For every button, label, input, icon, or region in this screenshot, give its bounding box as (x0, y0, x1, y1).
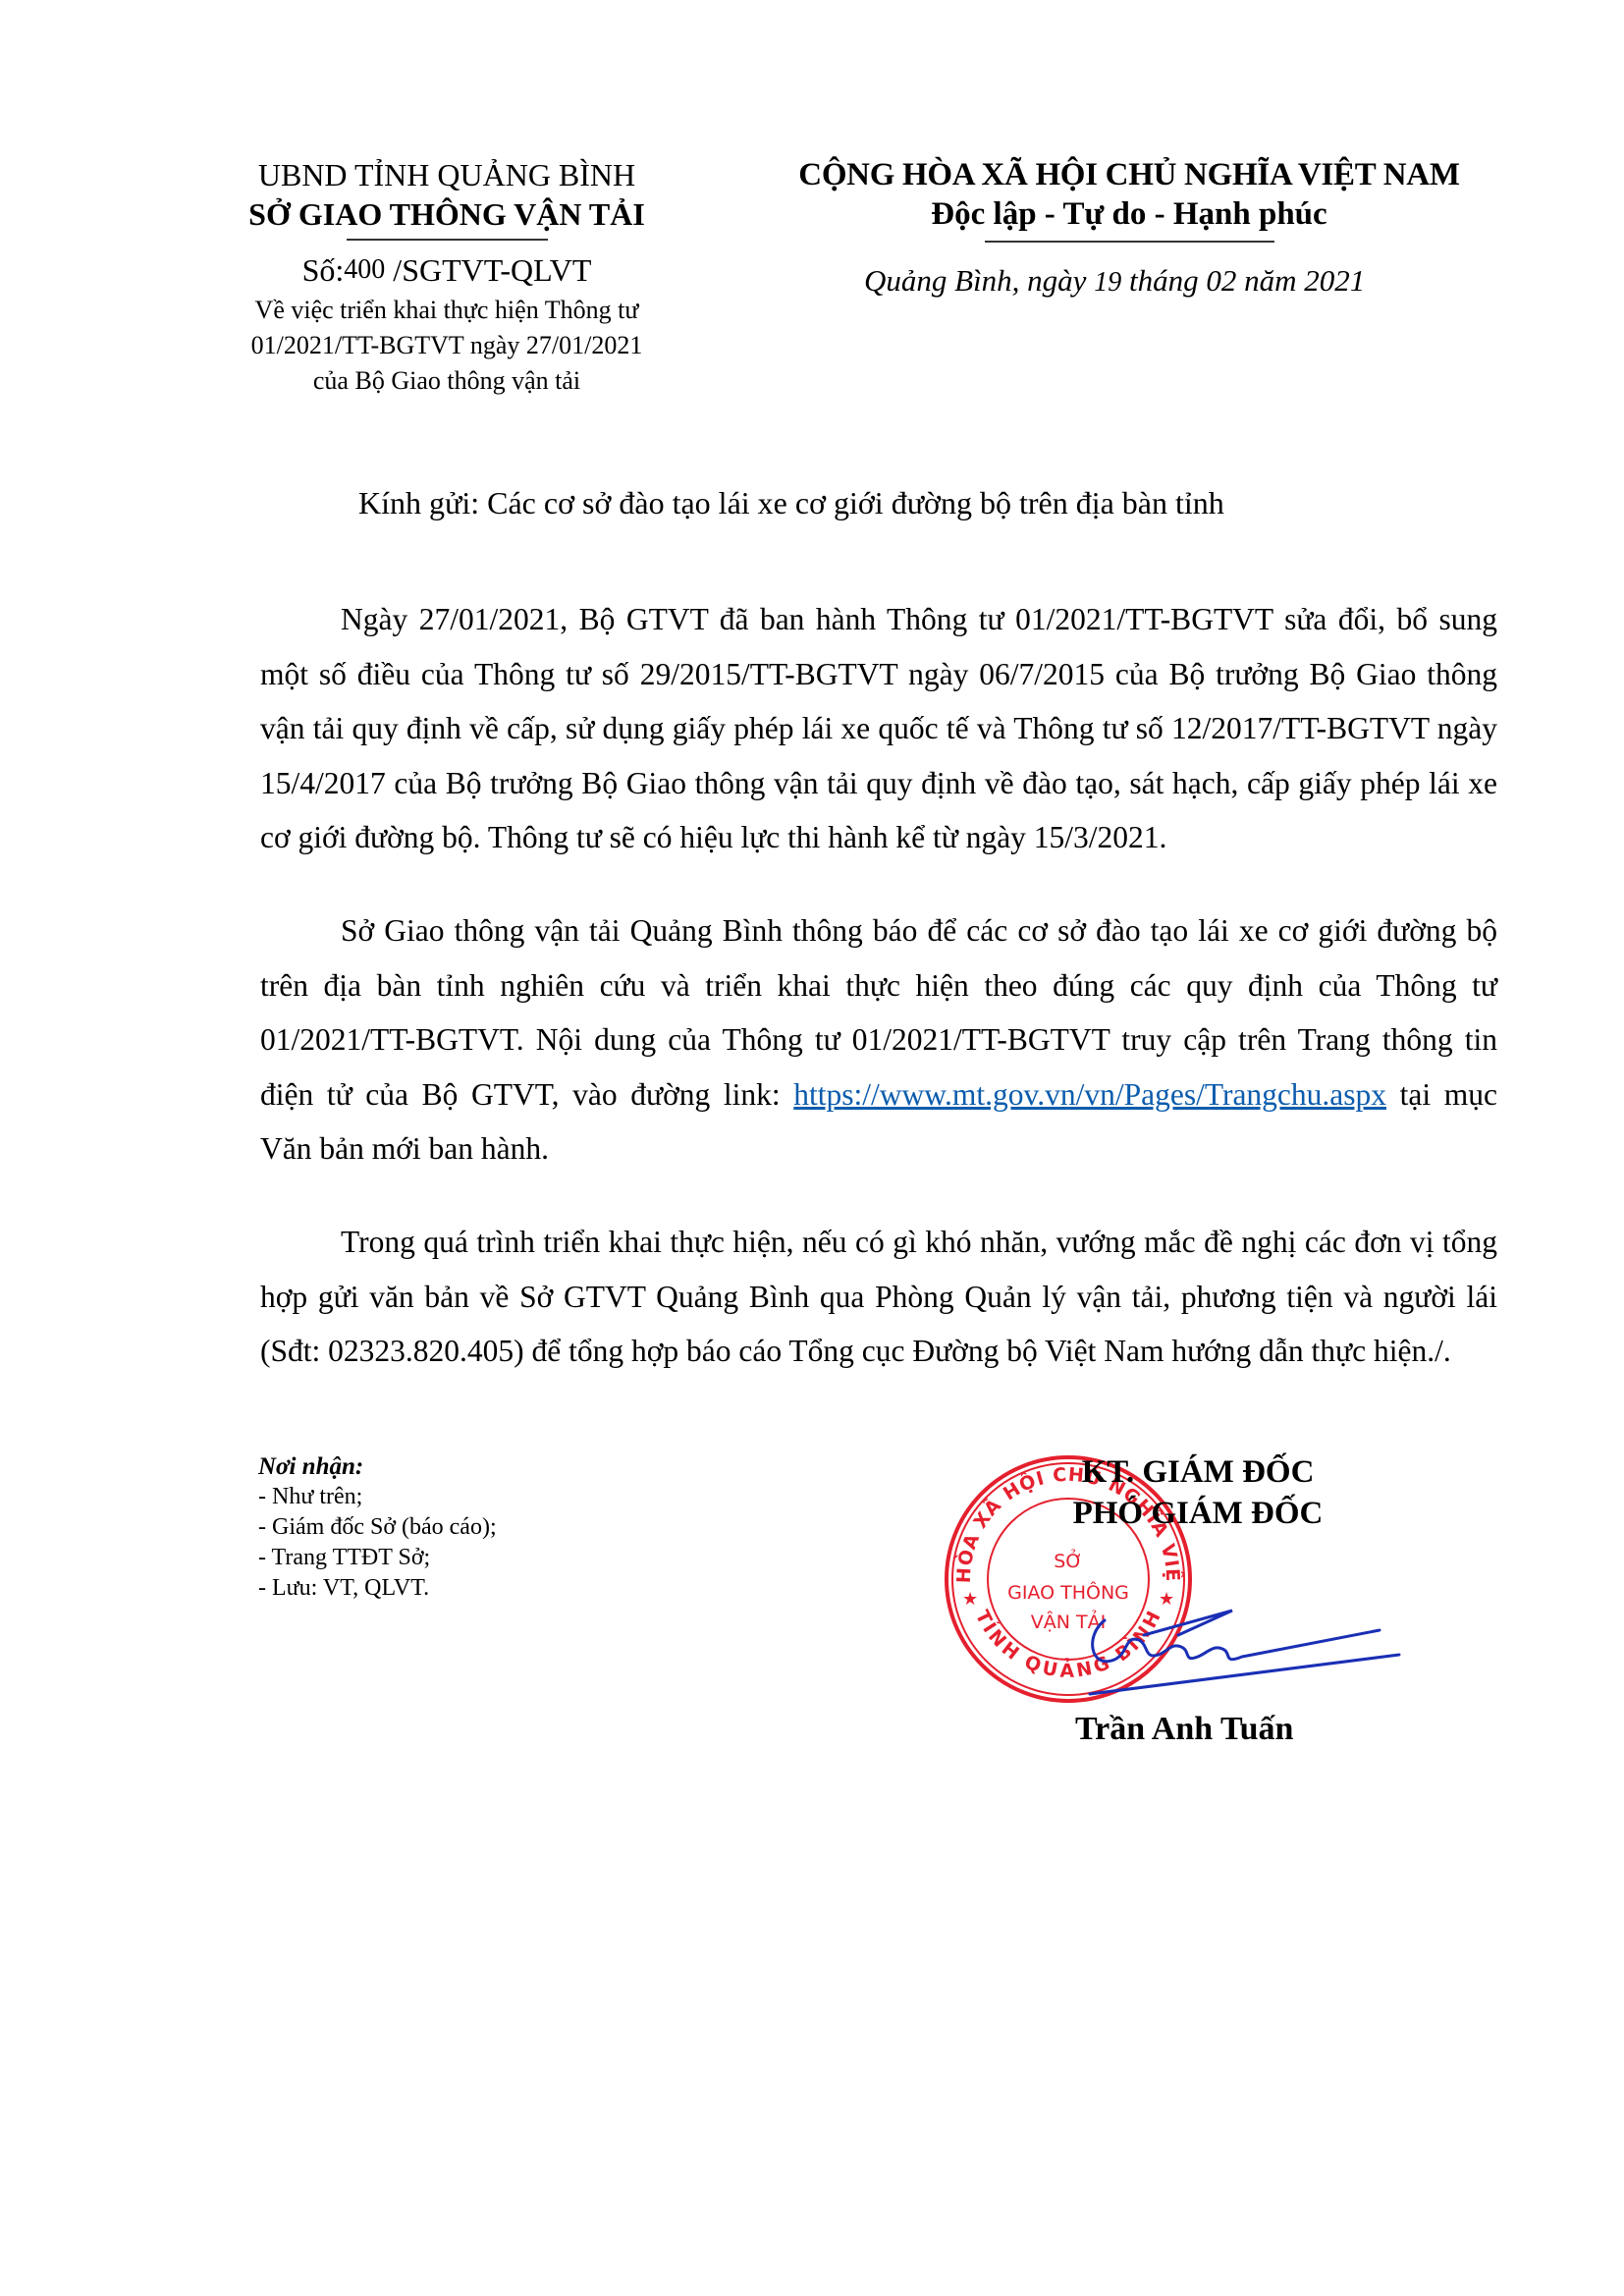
seal-star-icon: ★ (962, 1589, 978, 1609)
date-day: 19 (1094, 267, 1121, 298)
signatory-title-1: KT. GIÁM ĐỐC (992, 1451, 1404, 1493)
signatory-title-2: PHÓ GIÁM ĐỐC (992, 1493, 1404, 1534)
doc-number-prefix: Số: (302, 252, 345, 288)
subject-line: 01/2021/TT-BGTVT ngày 27/01/2021 (221, 328, 673, 363)
body-paragraph-1: Ngày 27/01/2021, Bộ GTVT đã ban hành Thô… (260, 592, 1497, 865)
agency-name: UBND TỈNH QUẢNG BÌNH (221, 155, 673, 194)
signer-name: Trần Anh Tuấn (1075, 1711, 1293, 1748)
distribution-title: Nơi nhận: (258, 1451, 497, 1482)
seal-inner-line: SỞ (1054, 1548, 1082, 1572)
distribution-item: - Như trên; (258, 1482, 497, 1512)
doc-number-suffix: /SGTVT-QLVT (385, 252, 591, 288)
doc-number-value: 400 (344, 254, 385, 285)
distribution-item: - Lưu: VT, QLVT. (258, 1573, 497, 1604)
subject-line: Về việc triển khai thực hiện Thông tư (221, 293, 673, 328)
subject-line: của Bộ Giao thông vận tải (221, 363, 673, 399)
handwritten-signature-icon (1085, 1606, 1414, 1699)
issue-date: Quảng Bình, ngày 19 tháng 02 năm 2021 (864, 263, 1365, 299)
signature-block: KT. GIÁM ĐỐC PHÓ GIÁM ĐỐC (992, 1451, 1404, 1534)
country-name: CỘNG HÒA XÃ HỘI CHỦ NGHĨA VIỆT NAM (736, 155, 1522, 194)
issuing-authority-block: UBND TỈNH QUẢNG BÌNH SỞ GIAO THÔNG VẬN T… (221, 155, 673, 399)
distribution-item: - Trang TTĐT Sở; (258, 1543, 497, 1573)
svg-text:TỈNH QUẢNG BÌNH: TỈNH QUẢNG BÌNH (971, 1607, 1165, 1681)
ministry-website-link[interactable]: https://www.mt.gov.vn/vn/Pages/Trangchu.… (793, 1077, 1386, 1112)
addressee-line: Kính gửi: Các cơ sở đào tạo lái xe cơ gi… (358, 481, 1224, 524)
distribution-item: - Giám đốc Sở (báo cáo); (258, 1512, 497, 1543)
department-underline (347, 239, 548, 241)
document-number: Số:400 /SGTVT-QLVT (221, 250, 673, 293)
motto-underline (985, 241, 1274, 243)
seal-inner-line: VẬN TẢI (1031, 1609, 1106, 1633)
seal-inner-line: GIAO THÔNG (1007, 1580, 1129, 1604)
date-prefix: Quảng Bình, ngày (864, 263, 1094, 298)
national-motto: Độc lập - Tự do - Hạnh phúc (736, 194, 1522, 234)
national-header-block: CỘNG HÒA XÃ HỘI CHỦ NGHĨA VIỆT NAM Độc l… (736, 155, 1522, 243)
distribution-list: Nơi nhận: - Như trên; - Giám đốc Sở (báo… (258, 1451, 497, 1604)
department-name: SỞ GIAO THÔNG VẬN TẢI (221, 194, 673, 234)
date-suffix: tháng 02 năm 2021 (1121, 263, 1365, 298)
seal-outer-bottom-text: TỈNH QUẢNG BÌNH (971, 1607, 1165, 1681)
seal-star-icon: ★ (1159, 1589, 1174, 1609)
body-paragraph-2: Sở Giao thông vận tải Quảng Bình thông b… (260, 903, 1497, 1176)
body-paragraph-3: Trong quá trình triển khai thực hiện, nế… (260, 1215, 1497, 1379)
